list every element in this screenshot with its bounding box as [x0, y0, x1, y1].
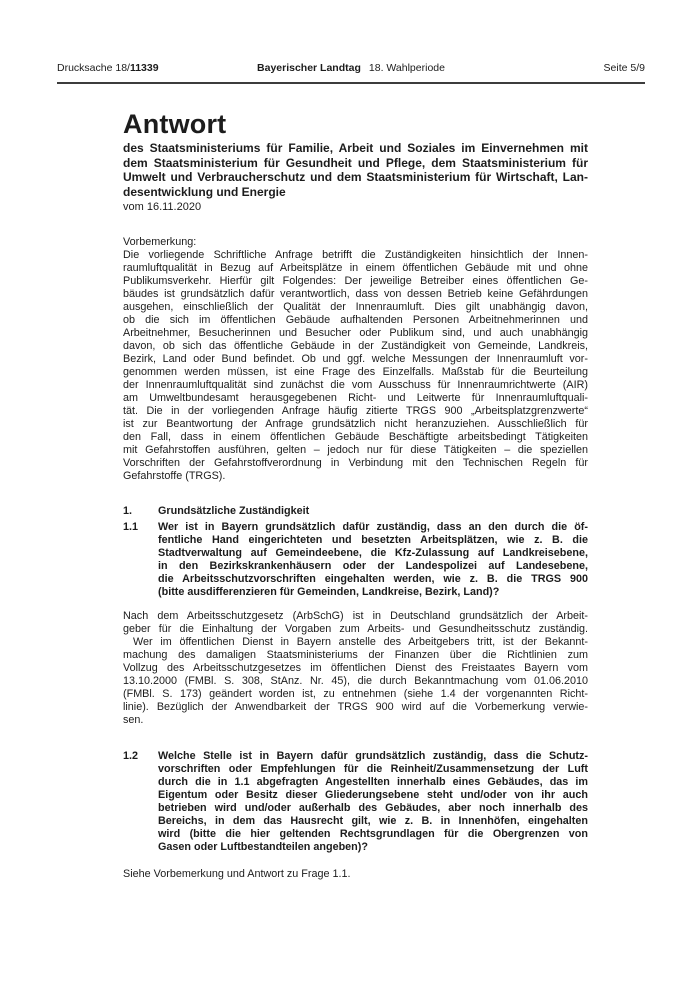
- text-line: des Staatsministeriums für Familie, Arbe…: [123, 141, 588, 156]
- text-line: machung des damaligen Staatsministeriums…: [123, 649, 588, 662]
- text-line: (FMBl. S. 173) geändert worden ist, zu e…: [123, 688, 588, 701]
- document-subtitle: des Staatsministeriums für Familie, Arbe…: [123, 141, 588, 200]
- text-line: Vollzug des Arbeitsschutzgesetzes im öff…: [123, 662, 588, 675]
- section-heading: Grundsätzliche Zuständigkeit: [158, 505, 588, 518]
- preface-paragraph: Die vorliegende Schriftliche Anfrage bet…: [123, 249, 588, 483]
- text-line: geber für die Einhaltung der Vorgaben zu…: [123, 623, 588, 636]
- text-line: Bezirk, Land oder Bund befindet. Ob und …: [123, 353, 588, 366]
- text-line: Wer im öffentlichen Dienst in Bayern ans…: [123, 636, 588, 649]
- question-1-1-row: 1.1 Wer ist in Bayern grundsätzlich dafü…: [123, 521, 588, 599]
- doc-label: Drucksache 18/: [57, 62, 130, 74]
- text-line: in den Bezirkskrankenhäusern oder der La…: [158, 560, 588, 573]
- text-line: Welche Stelle ist in Bayern dafür grunds…: [158, 750, 588, 763]
- text-line: die Arbeitsschutzvorschriften eingehalte…: [158, 573, 588, 586]
- text-line: Stadtverwaltung auf Gemeindeebene, die K…: [158, 547, 588, 560]
- answer-1-2-paragraph: Siehe Vorbemerkung und Antwort zu Frage …: [123, 868, 588, 881]
- header-row: Drucksache 18/11339 Bayerischer Landtag1…: [57, 62, 645, 75]
- page-header: Drucksache 18/11339 Bayerischer Landtag1…: [57, 62, 645, 84]
- text-line: Siehe Vorbemerkung und Antwort zu Frage …: [123, 868, 588, 881]
- text-line: Bereichs, in dem das Hausrecht gilt, wie…: [158, 815, 588, 828]
- text-line: am Umweltbundesamt herausgegebenen Richt…: [123, 392, 588, 405]
- text-line: durch die in 1.1 abgefragten Angestellte…: [158, 776, 588, 789]
- question-1-2-text: Welche Stelle ist in Bayern dafür grunds…: [158, 750, 588, 854]
- text-line: (bitte ausdifferenzieren für Gemeinden, …: [158, 586, 588, 599]
- document-title: Antwort: [123, 110, 588, 138]
- page-number: Seite 5/9: [445, 62, 645, 75]
- text-line: ob die sich im öffentlichen Gebäude aufh…: [123, 314, 588, 327]
- legislative-period: 18. Wahlperiode: [369, 62, 445, 74]
- text-line: wird (bitte die hier geltenden Rechtsgru…: [158, 828, 588, 841]
- text-line: vorschriften oder Empfehlungen für die R…: [158, 763, 588, 776]
- text-line: Gefahrstoffe (TRGS).: [123, 470, 588, 483]
- preface-heading: Vorbemerkung:: [123, 236, 588, 249]
- text-line: genommen werden müssen, ist eine Frage d…: [123, 366, 588, 379]
- text-line: ist zur Beantwortung der Anfrage grundsä…: [123, 418, 588, 431]
- text-line: Umwelt und Verbraucherschutz und dem Sta…: [123, 170, 588, 185]
- text-line: bäudes ist grundsätzlich dafür verantwor…: [123, 288, 588, 301]
- section-number: 1.: [123, 505, 158, 518]
- doc-number: 11339: [130, 62, 159, 74]
- text-line: 13.10.2000 (FMBl. S. 308, StAnz. Nr. 45)…: [123, 675, 588, 688]
- doc-reference: Drucksache 18/11339: [57, 62, 257, 75]
- document-body: Antwort des Staatsministeriums für Famil…: [123, 110, 588, 881]
- date-line: vom 16.11.2020: [123, 200, 588, 214]
- text-line: der Innenraumluftqualität sind zunächst …: [123, 379, 588, 392]
- text-line: tät. Die in der vorliegenden Anfrage häu…: [123, 405, 588, 418]
- section-heading-row: 1. Grundsätzliche Zuständigkeit: [123, 505, 588, 518]
- text-line: Nach dem Arbeitsschutzgesetz (ArbSchG) i…: [123, 610, 588, 623]
- text-line: Eigentum oder Besitz dieser Gliederungse…: [158, 789, 588, 802]
- answer-1-1-paragraph: Nach dem Arbeitsschutzgesetz (ArbSchG) i…: [123, 610, 588, 727]
- text-line: ausgehen, einschließlich der Qualität de…: [123, 301, 588, 314]
- text-line: davon, ob sich das öffentliche Gebäude i…: [123, 340, 588, 353]
- parliament-title: Bayerischer Landtag18. Wahlperiode: [257, 62, 445, 75]
- text-line: linie). Bezüglich der Anwendbarkeit der …: [123, 701, 588, 714]
- text-line: desentwicklung und Energie: [123, 185, 588, 200]
- text-line: raumluftqualität in Bezug auf Arbeitsplä…: [123, 262, 588, 275]
- text-line: Wer ist in Bayern grundsätzlich dafür zu…: [158, 521, 588, 534]
- text-line: sen.: [123, 714, 588, 727]
- text-line: betrieben wird und/oder außerhalb des Ge…: [158, 802, 588, 815]
- text-line: Arbeitnehmer, Besucherinnen und Besucher…: [123, 327, 588, 340]
- text-line: Vorschriften der Gefahrstoffverordnung i…: [123, 457, 588, 470]
- text-line: den Fall, dass in einem öffentlichen Geb…: [123, 431, 588, 444]
- text-line: Publikumsverkehr. Hierfür gilt Folgendes…: [123, 275, 588, 288]
- question-1-1-number: 1.1: [123, 521, 158, 534]
- parliament-name: Bayerischer Landtag: [257, 62, 361, 74]
- question-1-2-row: 1.2 Welche Stelle ist in Bayern dafür gr…: [123, 750, 588, 854]
- question-1-2-number: 1.2: [123, 750, 158, 763]
- text-line: mit Gefahrstoffen ausführen, gelten – je…: [123, 444, 588, 457]
- document-page: Drucksache 18/11339 Bayerischer Landtag1…: [0, 0, 700, 990]
- text-line: Gasen oder Luftbestandteilen angeben)?: [158, 841, 588, 854]
- text-line: Die vorliegende Schriftliche Anfrage bet…: [123, 249, 588, 262]
- text-line: fentliche Hand eingerichteten und besetz…: [158, 534, 588, 547]
- question-1-1-text: Wer ist in Bayern grundsätzlich dafür zu…: [158, 521, 588, 599]
- text-line: dem Staatsministerium für Gesundheit und…: [123, 156, 588, 171]
